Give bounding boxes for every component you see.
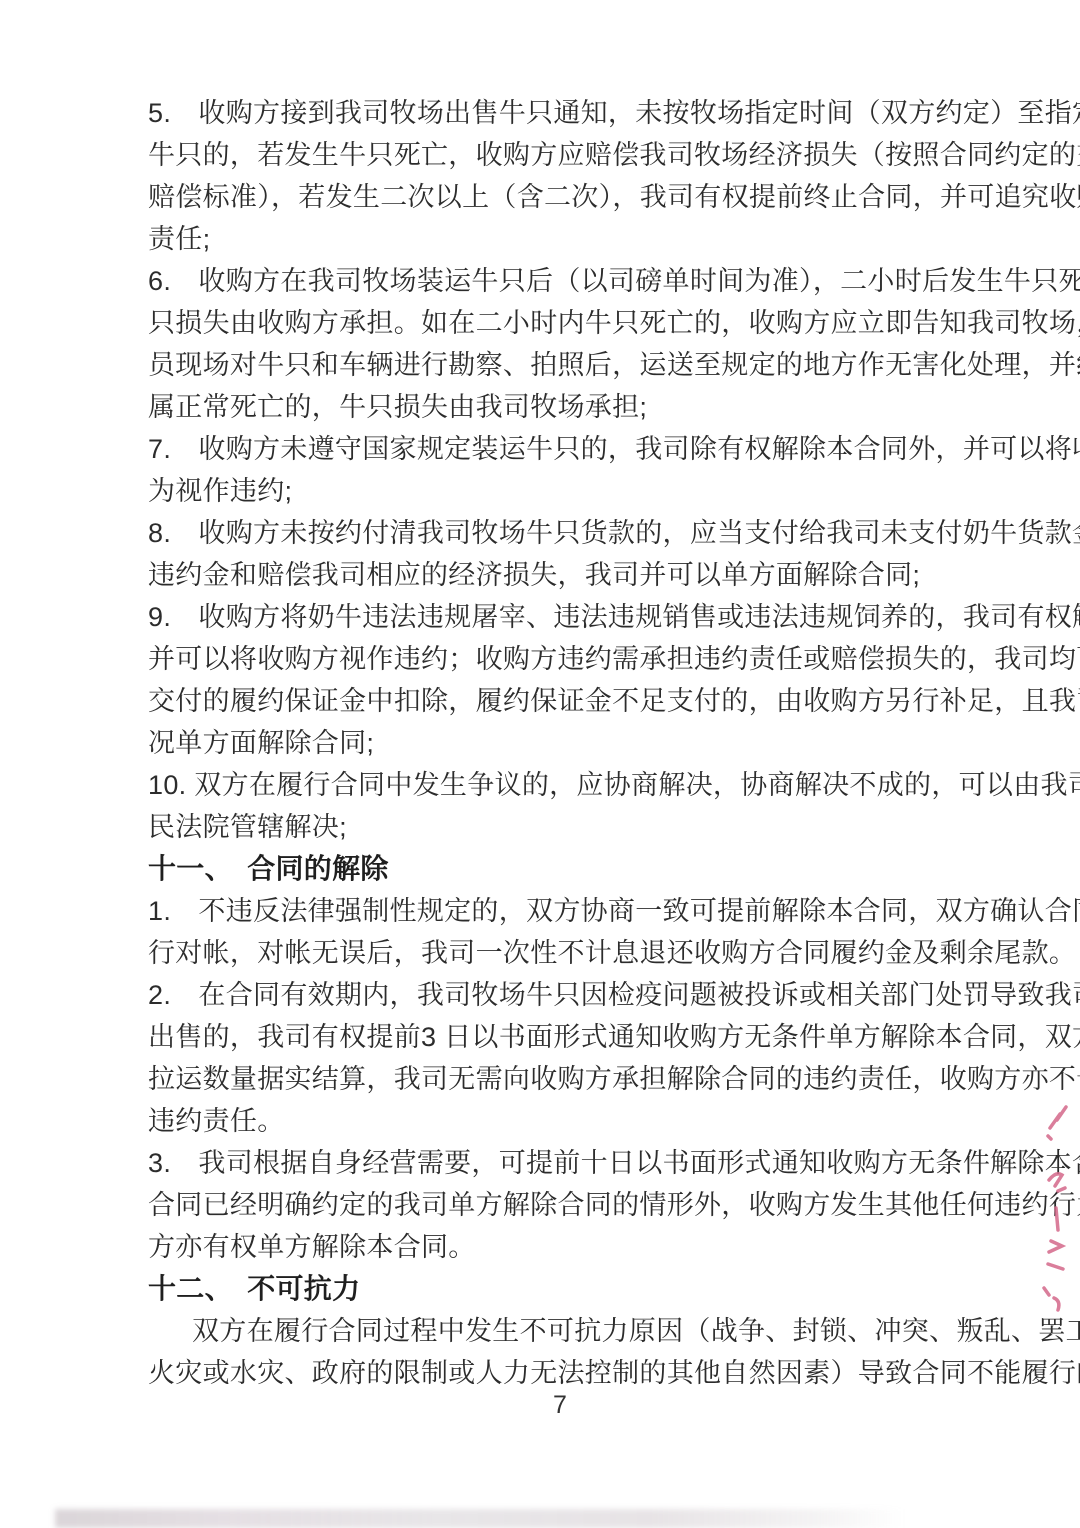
contract-line: 方亦有权单方解除本合同。: [148, 1226, 998, 1268]
contract-text-block: 5. 收购方接到我司牧场出售牛只通知，未按牧场指定时间（双方约定）至指定牧场拉运…: [148, 92, 998, 1394]
next-page-showthrough-artifact: [55, 1509, 905, 1528]
page-number: 7: [540, 1390, 580, 1420]
contract-line: 民法院管辖解决;: [148, 806, 998, 848]
contract-line: 拉运数量据实结算，我司无需向收购方承担解除合同的违约责任，收购方亦不予追究我司: [148, 1058, 998, 1100]
contract-line: 1. 不违反法律强制性规定的，双方协商一致可提前解除本合同，双方确认合同终止后进: [148, 890, 998, 932]
contract-line: 并可以将收购方视作违约；收购方违约需承担违约责任或赔偿损失的，我司均可从收购方: [148, 638, 998, 680]
contract-line: 9. 收购方将奶牛违法违规屠宰、违法违规销售或违法违规饲养的，我司有权解除合同外…: [148, 596, 998, 638]
section-heading: 十一、 合同的解除: [148, 848, 998, 890]
contract-line: 双方在履行合同过程中发生不可抗力原因（战争、封锁、冲突、叛乱、罢工、骚动、严重: [148, 1310, 998, 1352]
contract-line: 属正常死亡的，牛只损失由我司牧场承担;: [148, 386, 998, 428]
contract-line: 只损失由收购方承担。如在二小时内牛只死亡的，收购方应立即告知我司牧场，由牧场人: [148, 302, 998, 344]
contract-line: 6. 收购方在我司牧场装运牛只后（以司磅单时间为准），二小时后发生牛只死亡的，牛: [148, 260, 998, 302]
contract-line: 合同已经明确约定的我司单方解除合同的情形外，收购方发生其他任何违约行为的，我司: [148, 1184, 998, 1226]
contract-line: 火灾或水灾、政府的限制或人力无法控制的其他自然因素）导致合同不能履行的，经有关部…: [148, 1352, 998, 1394]
contract-line: 违约金和赔偿我司相应的经济损失，我司并可以单方面解除合同;: [148, 554, 998, 596]
contract-line: 牛只的，若发生牛只死亡，收购方应赔偿我司牧场经济损失（按照合同约定的交易价格为: [148, 134, 998, 176]
contract-line: 员现场对牛只和车辆进行勘察、拍照后，运送至规定的地方作无害化处理，并经牧场确认: [148, 344, 998, 386]
contract-line: 2. 在合同有效期内，我司牧场牛只因检疫问题被投诉或相关部门处罚导致我司牛只无法: [148, 974, 998, 1016]
section-heading: 十二、 不可抗力: [148, 1268, 998, 1310]
contract-line: 赔偿标准），若发生二次以上（含二次），我司有权提前终止合同，并可追究收购方违约: [148, 176, 998, 218]
red-ink-handwriting-fragments: [1030, 1090, 1080, 1350]
contract-line: 责任;: [148, 218, 998, 260]
scanned-contract-page: 5. 收购方接到我司牧场出售牛只通知，未按牧场指定时间（双方约定）至指定牧场拉运…: [0, 0, 1080, 1528]
contract-line: 行对帐，对帐无误后，我司一次性不计息退还收购方合同履约金及剩余尾款。: [148, 932, 998, 974]
contract-line: 5. 收购方接到我司牧场出售牛只通知，未按牧场指定时间（双方约定）至指定牧场拉运: [148, 92, 998, 134]
contract-line: 况单方面解除合同;: [148, 722, 998, 764]
contract-line: 7. 收购方未遵守国家规定装运牛只的，我司除有权解除本合同外，并可以将收购方的行: [148, 428, 998, 470]
contract-line: 10. 双方在履行合同中发生争议的，应协商解决，协商解决不成的，可以由我司所在地…: [148, 764, 998, 806]
contract-line: 违约责任。: [148, 1100, 998, 1142]
contract-line: 出售的，我司有权提前3 日以书面形式通知收购方无条件单方解除本合同，双方按照实际: [148, 1016, 998, 1058]
contract-line: 为视作违约;: [148, 470, 998, 512]
contract-line: 3. 我司根据自身经营需要，可提前十日以书面形式通知收购方无条件解除本合同，除本: [148, 1142, 998, 1184]
contract-line: 8. 收购方未按约付清我司牧场牛只货款的，应当支付给我司未支付奶牛货款金额的 0…: [148, 512, 998, 554]
contract-line: 交付的履约保证金中扣除，履约保证金不足支付的，由收购方另行补足，且我司有权视情: [148, 680, 998, 722]
